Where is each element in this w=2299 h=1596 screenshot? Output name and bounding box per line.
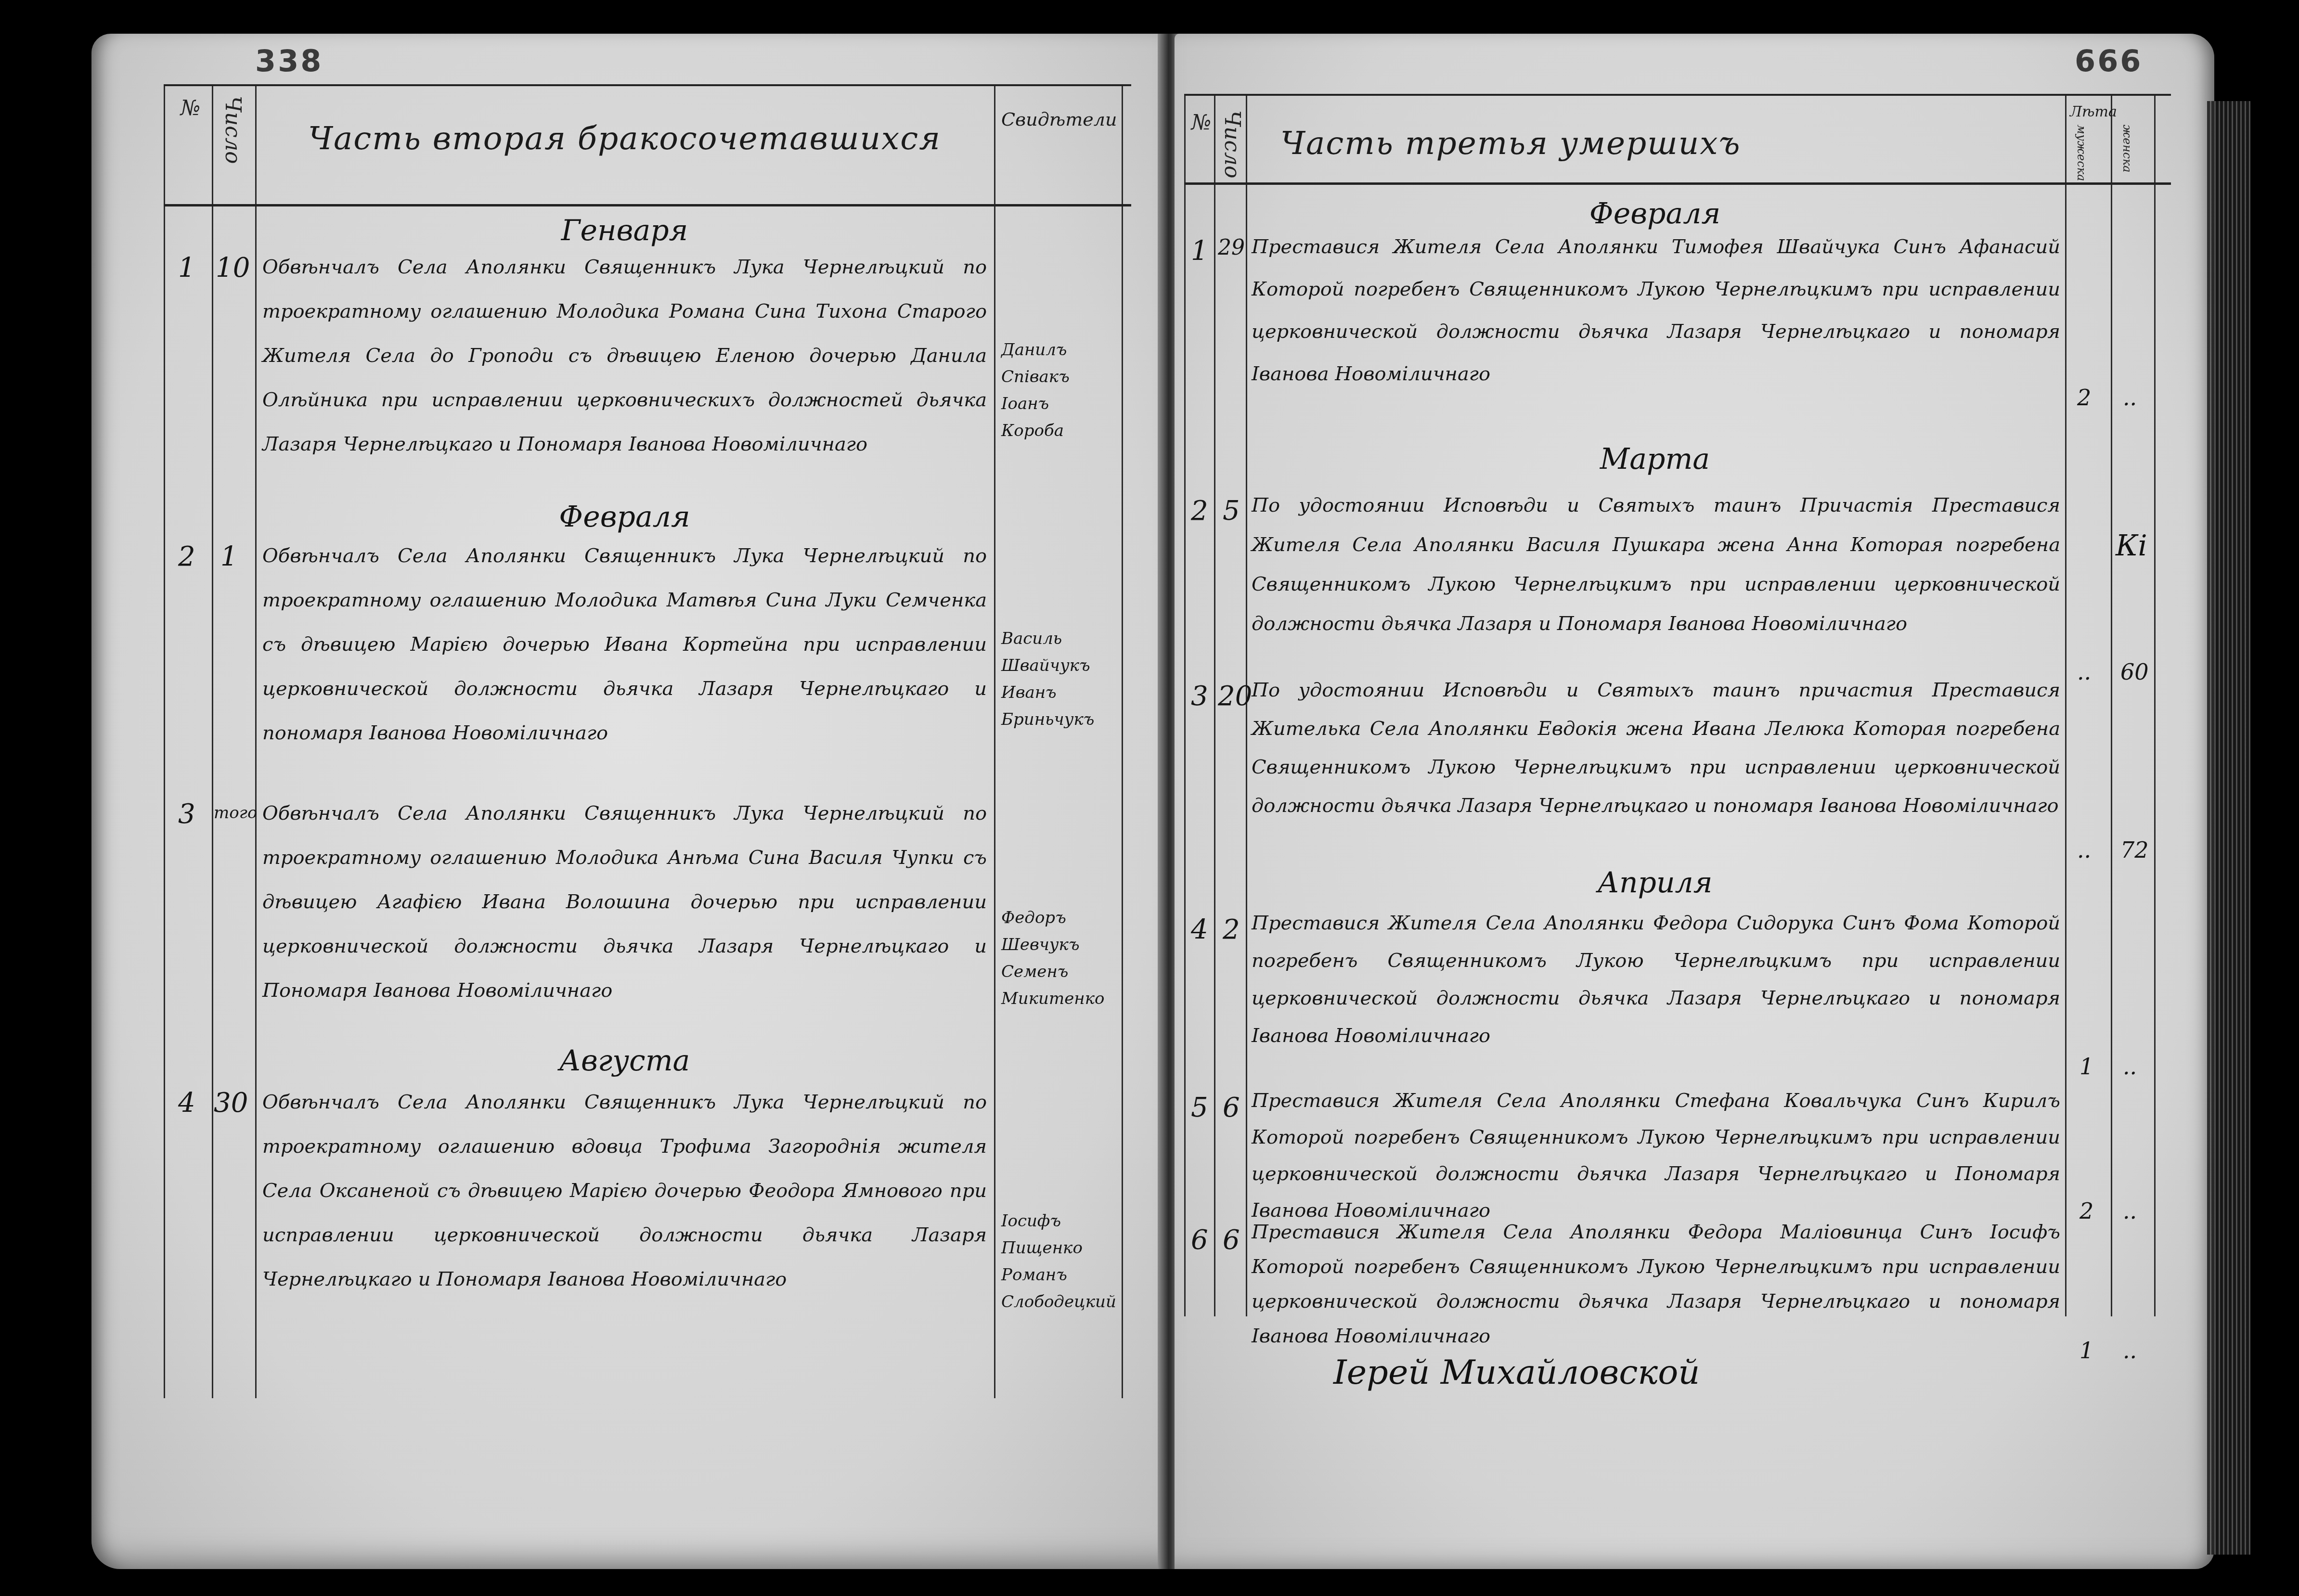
witnesses: Федоръ Шевчукъ Семенъ Микитенко <box>1001 904 1117 1012</box>
column-header-number: № <box>1189 110 1214 135</box>
age-male: 2 <box>2079 1198 2093 1224</box>
marriage-entry-text: Обвѣнчалъ Села Аполянки Священникъ Лука … <box>262 1080 987 1301</box>
entry-number: 2 <box>1191 495 1208 527</box>
column-rule <box>994 86 995 1398</box>
column-header-age: Лѣта <box>2070 98 2117 126</box>
entry-number: 3 <box>1191 681 1208 712</box>
column-header-age-male: мужеска <box>2075 125 2088 181</box>
age-female: .. <box>2123 1338 2137 1364</box>
column-rule <box>1122 86 1123 1398</box>
death-entry-text: Преставися Жителя Села Аполянки Федора С… <box>1252 904 2060 1055</box>
death-entry-text: Преставися Жителя Села Аполянки Тимофея … <box>1252 226 2060 395</box>
death-entry-text: Преставися Жителя Села Аполянки Федора М… <box>1252 1215 2060 1353</box>
marriage-table: № Число Часть вторая бракосочетавшихся С… <box>164 84 1131 1398</box>
month-heading: Априля <box>1246 866 2064 900</box>
column-rule <box>1184 96 1186 1316</box>
column-header-witnesses: Свидѣтели <box>1001 105 1117 133</box>
priest-signature: Іерей Михайловской <box>1333 1352 1700 1392</box>
right-page-deaths: 666 № Число Часть третья умершихъ Лѣта м… <box>1175 34 2214 1569</box>
marriage-entry-text: Обвѣнчалъ Села Аполянки Священникъ Лука … <box>262 791 987 1013</box>
entry-date: 29 <box>1218 235 1245 260</box>
witnesses: Данилъ Співакъ Іоанъ Короба <box>1001 336 1117 444</box>
entry-number: 1 <box>178 252 195 283</box>
age-male: .. <box>2077 837 2091 863</box>
folio-number-left: 338 <box>255 43 323 78</box>
death-entry-text: Преставися Жителя Села Аполянки Стефана … <box>1252 1082 2060 1229</box>
column-rule <box>2111 96 2112 1316</box>
entry-date: 20 <box>1218 681 1252 712</box>
header-rule <box>1184 182 2171 185</box>
marriage-entry-text: Обвѣнчалъ Села Аполянки Священникъ Лука … <box>262 534 987 755</box>
entry-date: 10 <box>216 252 250 283</box>
margin-note: Кі <box>2116 529 2147 563</box>
column-rule <box>2065 96 2067 1316</box>
age-male: 2 <box>2077 385 2091 411</box>
age-male: .. <box>2077 659 2091 685</box>
column-rule <box>212 86 213 1398</box>
month-heading: Генваря <box>255 214 994 247</box>
entry-number: 1 <box>1191 235 1208 267</box>
entry-date: 6 <box>1223 1224 1240 1256</box>
entry-number: 6 <box>1191 1224 1208 1256</box>
marriage-entry-text: Обвѣнчалъ Села Аполянки Священникъ Лука … <box>262 245 987 466</box>
column-header-date: Число <box>220 96 245 164</box>
witnesses: Іосифъ Пищенко Романъ Слободецкий <box>1001 1208 1117 1315</box>
column-header-age-female: женска <box>2120 125 2134 172</box>
folio-number-right: 666 <box>2075 43 2143 78</box>
entry-number: 4 <box>178 1087 195 1119</box>
header-rule <box>164 204 1131 206</box>
age-female: .. <box>2123 385 2137 411</box>
month-heading: Марта <box>1246 442 2064 476</box>
entry-date: 1 <box>220 541 238 572</box>
column-rule <box>1214 96 1215 1316</box>
column-rule <box>255 86 257 1398</box>
month-heading: Августа <box>255 1044 994 1078</box>
column-rule <box>164 86 165 1398</box>
section-title: Часть третья умершихъ <box>1280 125 1741 162</box>
month-heading: Февраля <box>255 500 994 534</box>
age-female: .. <box>2123 1198 2137 1224</box>
entry-date: 5 <box>1223 495 1240 527</box>
left-page-marriages: 338 № Число Часть вторая бракосочетавших… <box>91 34 1165 1569</box>
open-register-book: 338 № Число Часть вторая бракосочетавших… <box>91 34 2243 1569</box>
entry-date: 30 <box>214 1087 248 1119</box>
entry-date: того <box>214 803 257 823</box>
age-male: 1 <box>2079 1338 2093 1364</box>
column-header-number: № <box>178 96 203 120</box>
entry-number: 4 <box>1191 914 1208 945</box>
age-female: 72 <box>2120 837 2149 863</box>
entry-number: 2 <box>178 541 195 572</box>
entry-number: 5 <box>1191 1092 1208 1123</box>
age-female: 60 <box>2120 659 2149 685</box>
death-entry-text: По удостоянии Исповѣди и Святыхъ таинъ П… <box>1252 486 2060 644</box>
column-rule <box>2154 96 2156 1316</box>
section-title: Часть вторая бракосочетавшихся <box>308 120 941 157</box>
column-header-date: Число <box>1220 110 1244 179</box>
entry-date: 6 <box>1223 1092 1240 1123</box>
page-edges <box>2207 101 2250 1555</box>
age-female: .. <box>2123 1054 2137 1080</box>
entry-date: 2 <box>1223 914 1240 945</box>
entry-number: 3 <box>178 798 195 830</box>
age-male: 1 <box>2079 1054 2093 1080</box>
death-entry-text: По удостоянии Исповѣди и Святыхъ таинъ п… <box>1252 671 2060 825</box>
death-table: № Число Часть третья умершихъ Лѣта мужес… <box>1184 94 2171 1316</box>
witnesses: Василь Швайчукъ Иванъ Бриньчукъ <box>1001 625 1117 733</box>
